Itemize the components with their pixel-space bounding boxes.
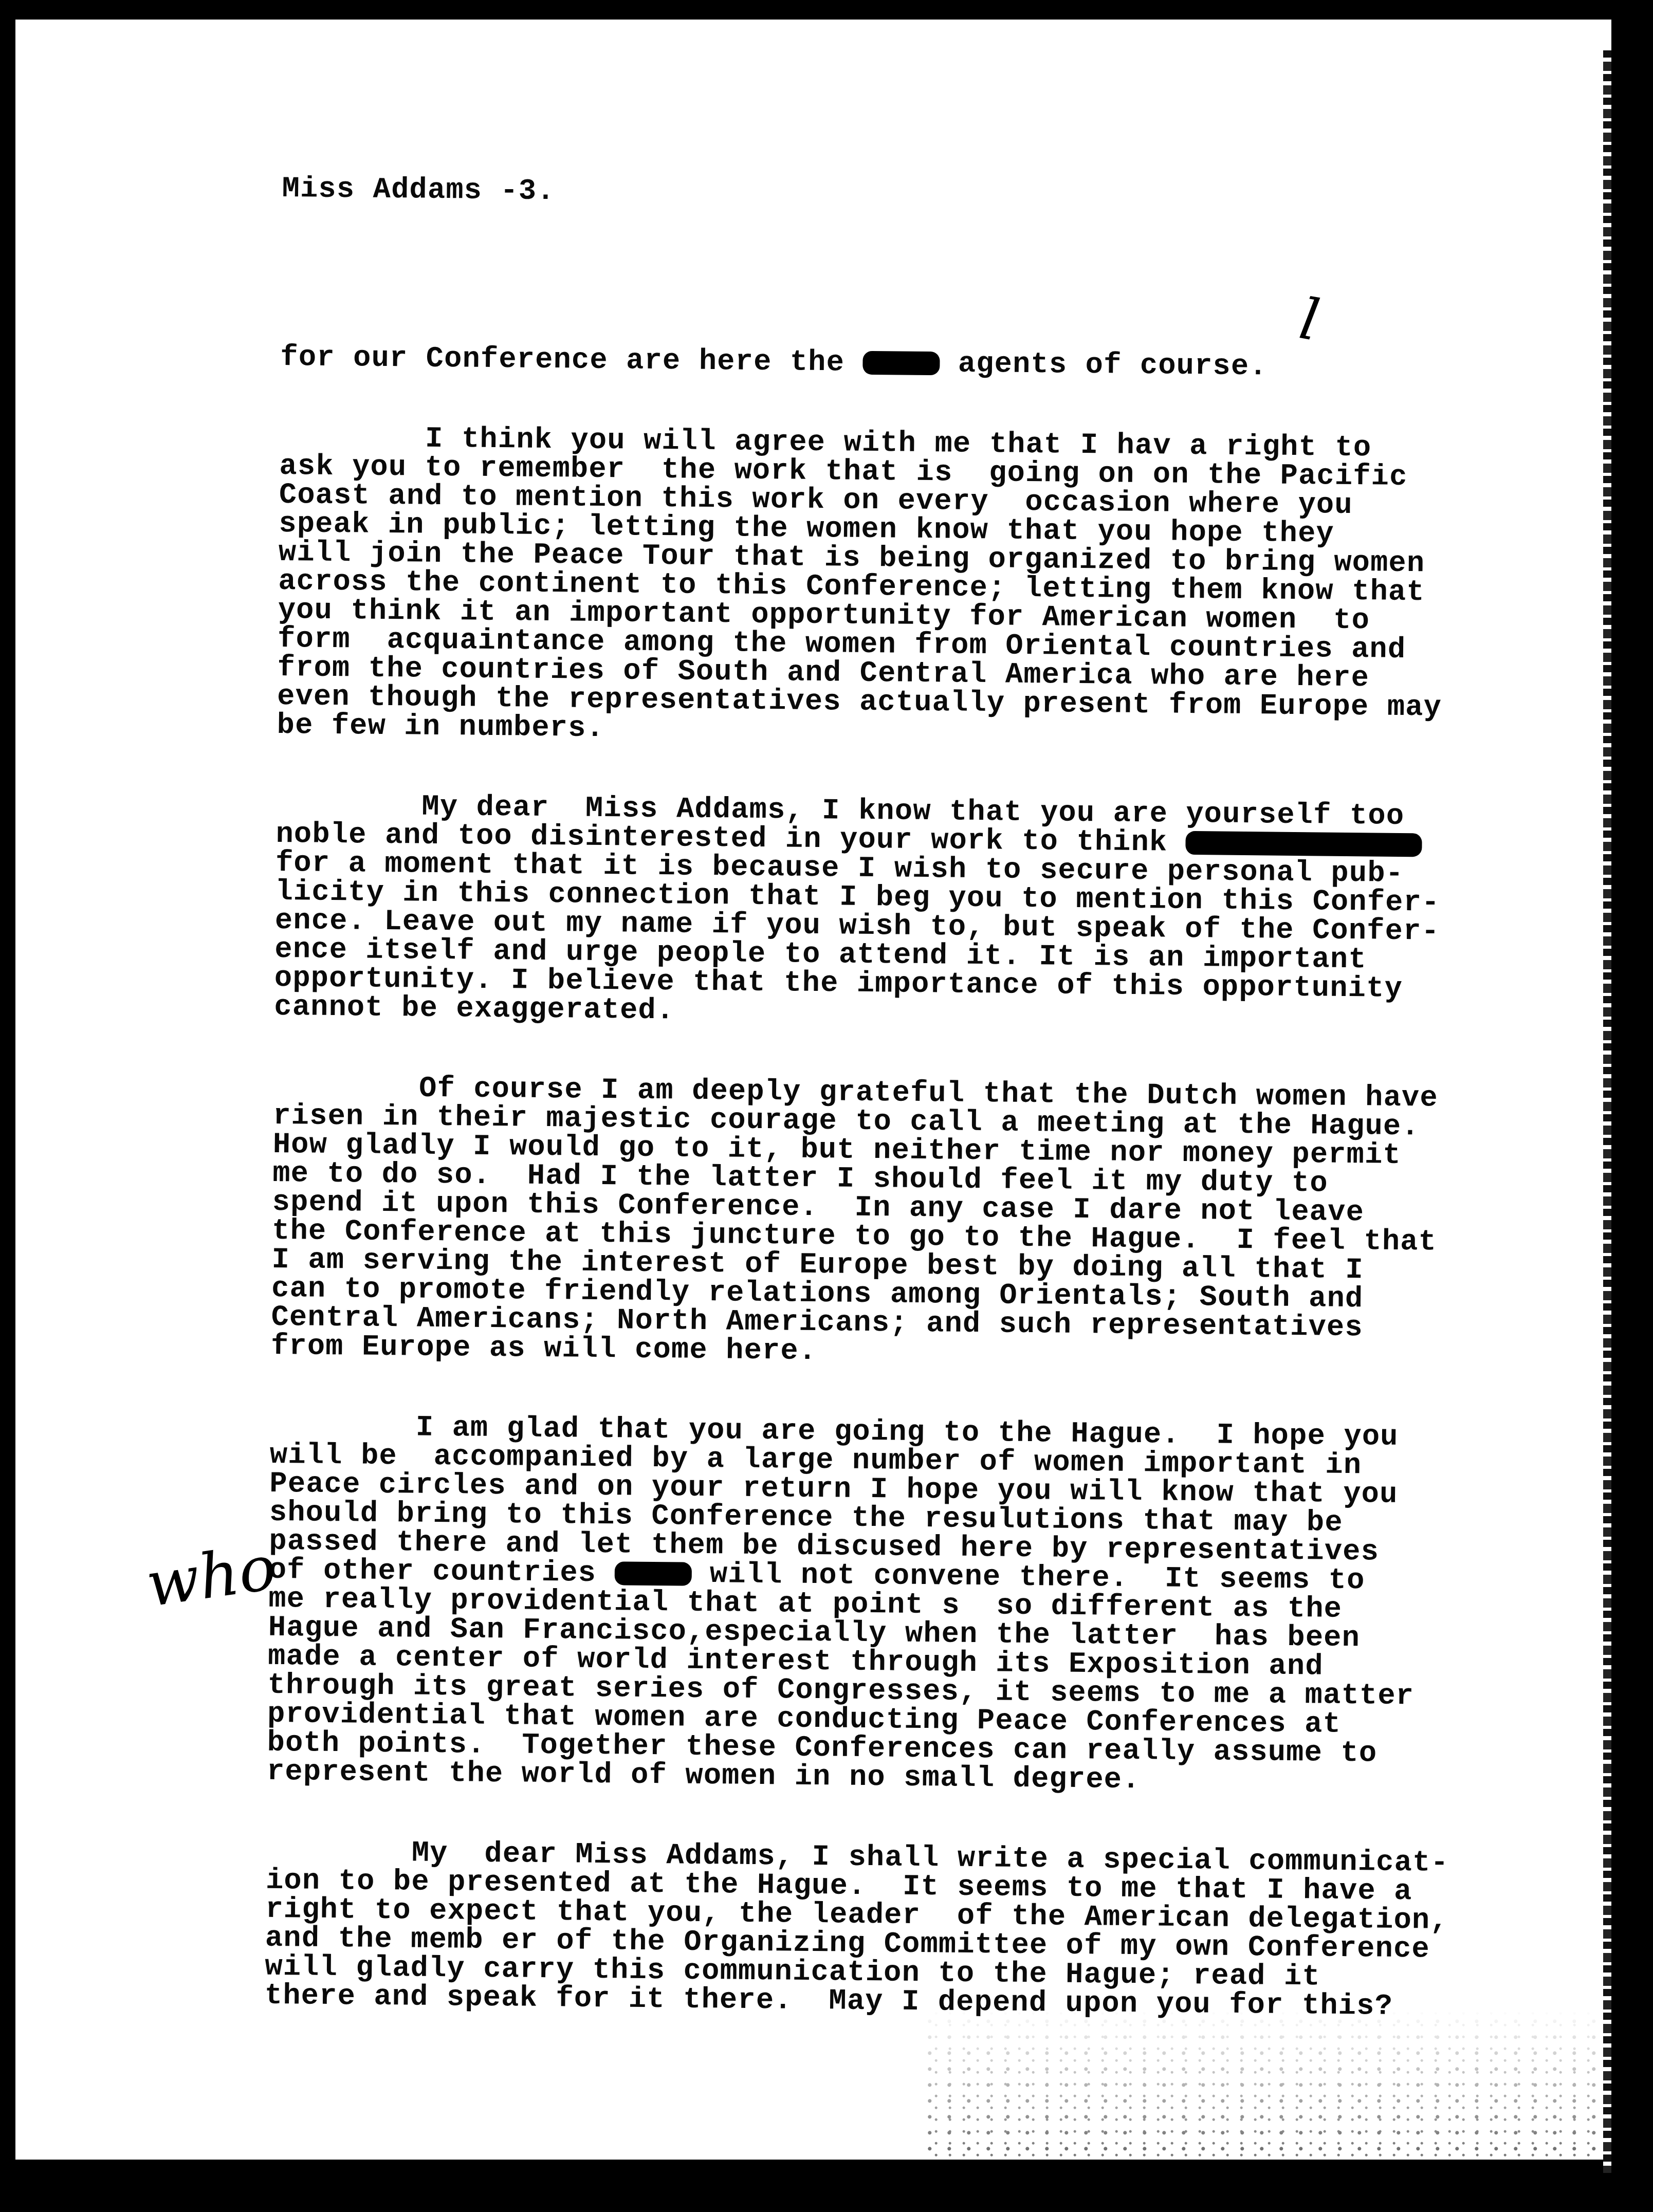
text-line: for our Conference are here the agents o…: [280, 343, 1596, 385]
redaction-mark: [1186, 831, 1422, 857]
scan-edge: [15, 2160, 1611, 2173]
paragraph: I am glad that you are going to the Hagu…: [267, 1412, 1586, 1799]
paragraph: I think you will agree with me that I ha…: [277, 423, 1595, 753]
letter-body: Miss Addams -3. for our Conference are h…: [264, 117, 1599, 2132]
handwritten-margin-note: who: [142, 1532, 281, 1621]
paragraph: My dear Miss Addams, I know that you are…: [274, 791, 1592, 1035]
redaction-mark: [862, 351, 940, 375]
paragraphs: for our Conference are here the agents o…: [265, 343, 1596, 2023]
document-page: Miss Addams -3. for our Conference are h…: [15, 20, 1611, 2173]
paragraph: Of course I am deeply grateful that the …: [271, 1073, 1589, 1374]
paragraph: for our Conference are here the agents o…: [280, 343, 1596, 385]
paragraph: My dear Miss Addams, I shall write a spe…: [265, 1838, 1582, 2023]
redaction-mark: [614, 1561, 691, 1586]
page-header: Miss Addams -3.: [282, 175, 1597, 216]
